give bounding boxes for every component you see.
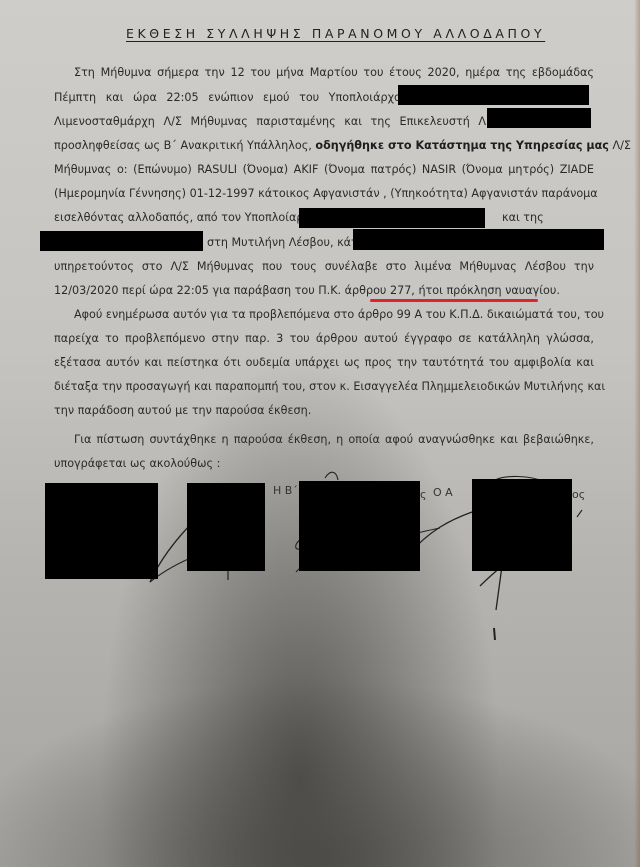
redaction-box [299, 481, 420, 571]
redaction-box [472, 479, 572, 571]
p1-line1: Στη Μήθυμνα σήμερα την 12 του μήνα Μαρτί… [74, 66, 594, 80]
p3-line2: υπογράφεται ως ακολούθως : [54, 457, 594, 471]
p1-line4-text: προσληφθείσας ως Β΄ Ανακριτική Υπάλληλος… [54, 139, 312, 152]
p1-line10: 12/03/2020 περί ώρα 22:05 για παράβαση τ… [54, 284, 594, 298]
signature-label-a: Ο Α [433, 486, 453, 499]
p1-line6: (Ημερομηνία Γέννησης) 01-12-1997 κάτοικο… [54, 187, 594, 201]
highlighted-phrase: ήτοι πρόκληση ναυαγίου. [418, 284, 560, 297]
signature-label-a-tail: ος [572, 488, 585, 501]
p3-line1: Για πίστωση συντάχθηκε η παρούσα έκθεση,… [74, 433, 594, 447]
redaction-box [299, 208, 485, 228]
p1-line4-tail: Λ/Σ [612, 139, 631, 152]
p1-line5: Μήθυμνας ο: (Επώνυμο) RASULI (Όνομα) AKI… [54, 163, 594, 177]
p1-line4: προσληφθείσας ως Β΄ Ανακριτική Υπάλληλος… [54, 139, 594, 153]
p2-line4: διέταξα την προσαγωγή και παραπομπή του,… [54, 380, 594, 394]
p2-line2: παρείχα το προβλεπόμενο στην παρ. 3 του … [54, 332, 594, 346]
red-underline-mark [370, 299, 538, 302]
p1-line7-tail: και της [502, 211, 544, 224]
redaction-box [40, 231, 203, 251]
redaction-box [487, 108, 591, 128]
signature-label-b-tail: ς [420, 488, 426, 501]
document-title: ΕΚΘΕΣΗ ΣΥΛΛΗΨΗΣ ΠΑΡΑΝΟΜΟΥ ΑΛΛΟΔΑΠΟΥ [126, 26, 545, 41]
redaction-box [45, 483, 158, 579]
redaction-box [398, 85, 589, 105]
p2-line3: εξέτασα αυτόν και πείστηκα ότι ουδεμία υ… [54, 356, 594, 370]
redaction-box [353, 229, 604, 250]
document-page: ΕΚΘΕΣΗ ΣΥΛΛΗΨΗΣ ΠΑΡΑΝΟΜΟΥ ΑΛΛΟΔΑΠΟΥ Στη … [0, 0, 640, 867]
p2-line1: Αφού ενημέρωσα αυτόν για τα προβλεπόμενα… [74, 308, 594, 322]
p2-line5: την παράδοση αυτού με την παρούσα έκθεση… [54, 404, 594, 418]
p1-line10-text: 12/03/2020 περί ώρα 22:05 για παράβαση τ… [54, 284, 415, 297]
redaction-box [187, 483, 265, 571]
signature-label-b: Η Β΄ [273, 484, 298, 497]
p1-line4-bold: οδηγήθηκε στο Κατάστημα της Υπηρεσίας μα… [315, 139, 609, 152]
p1-line9: υπηρετούντος στο Λ/Σ Μήθυμνας που τους σ… [54, 260, 594, 274]
